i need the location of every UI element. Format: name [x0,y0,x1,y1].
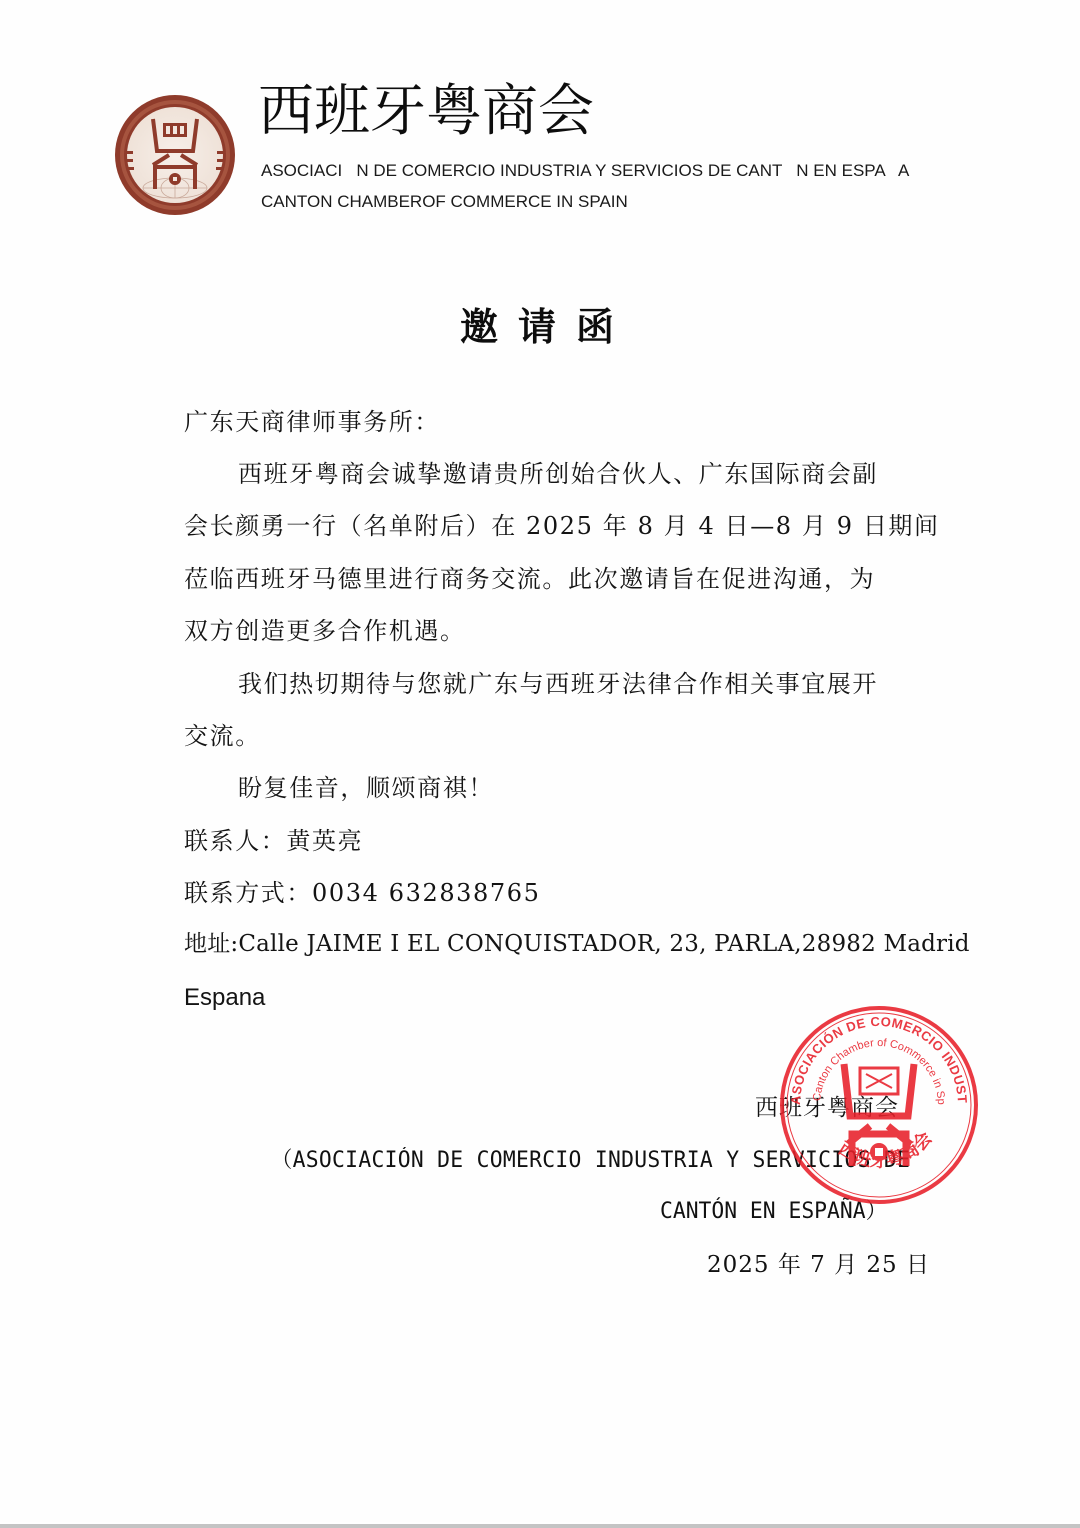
contact-phone: 联系方式：0034 632838765 [184,881,541,905]
org-name-chinese: 西班牙粤商会 [258,84,594,140]
org-name-spanish: ASOCIACI N DE COMERCIO INDUSTRIA Y SERVI… [261,162,909,179]
paragraph1-line4: 双方创造更多合作机遇。 [184,619,466,643]
address-line1: 地址:Calle JAIME I EL CONQUISTADOR, 23, PA… [184,933,970,956]
signature-date: 2025 年 7 月 25 日 [707,1246,930,1279]
paragraph1-line3: 莅临西班牙马德里进行商务交流。此次邀请旨在促进沟通，为 [184,567,875,591]
chamber-seal-logo-icon [113,93,237,217]
paragraph1-line2: 会长颜勇一行（名单附后）在 2025 年 8 月 4 日—8 月 9 日期间 [184,514,940,538]
recipient: 广东天商律师事务所： [184,410,440,434]
paragraph1-line1: 西班牙粤商会诚挚邀请贵所创始合伙人、广东国际商会副 [238,462,878,486]
document-title: 邀请函 [0,296,1080,351]
document-page: 西班牙粤商会 ASOCIACI N DE COMERCIO INDUSTRIA … [0,0,1080,1522]
org-name-english: CANTON CHAMBEROF COMMERCE IN SPAIN [261,193,628,210]
paragraph2-line1: 我们热切期待与您就广东与西班牙法律合作相关事宜展开 [238,672,878,696]
closing-greeting: 盼复佳音，顺颂商祺！ [238,776,494,800]
official-seal-stamp-icon: ASOCIACIÓN DE COMERCIO INDUSTRIA Y SERVI… [778,1004,980,1206]
page-bottom-edge [0,1524,1080,1528]
paragraph2-line2: 交流。 [184,724,261,748]
address-line2: Espana [184,986,265,1010]
contact-person: 联系人：黄英亮 [184,829,363,853]
